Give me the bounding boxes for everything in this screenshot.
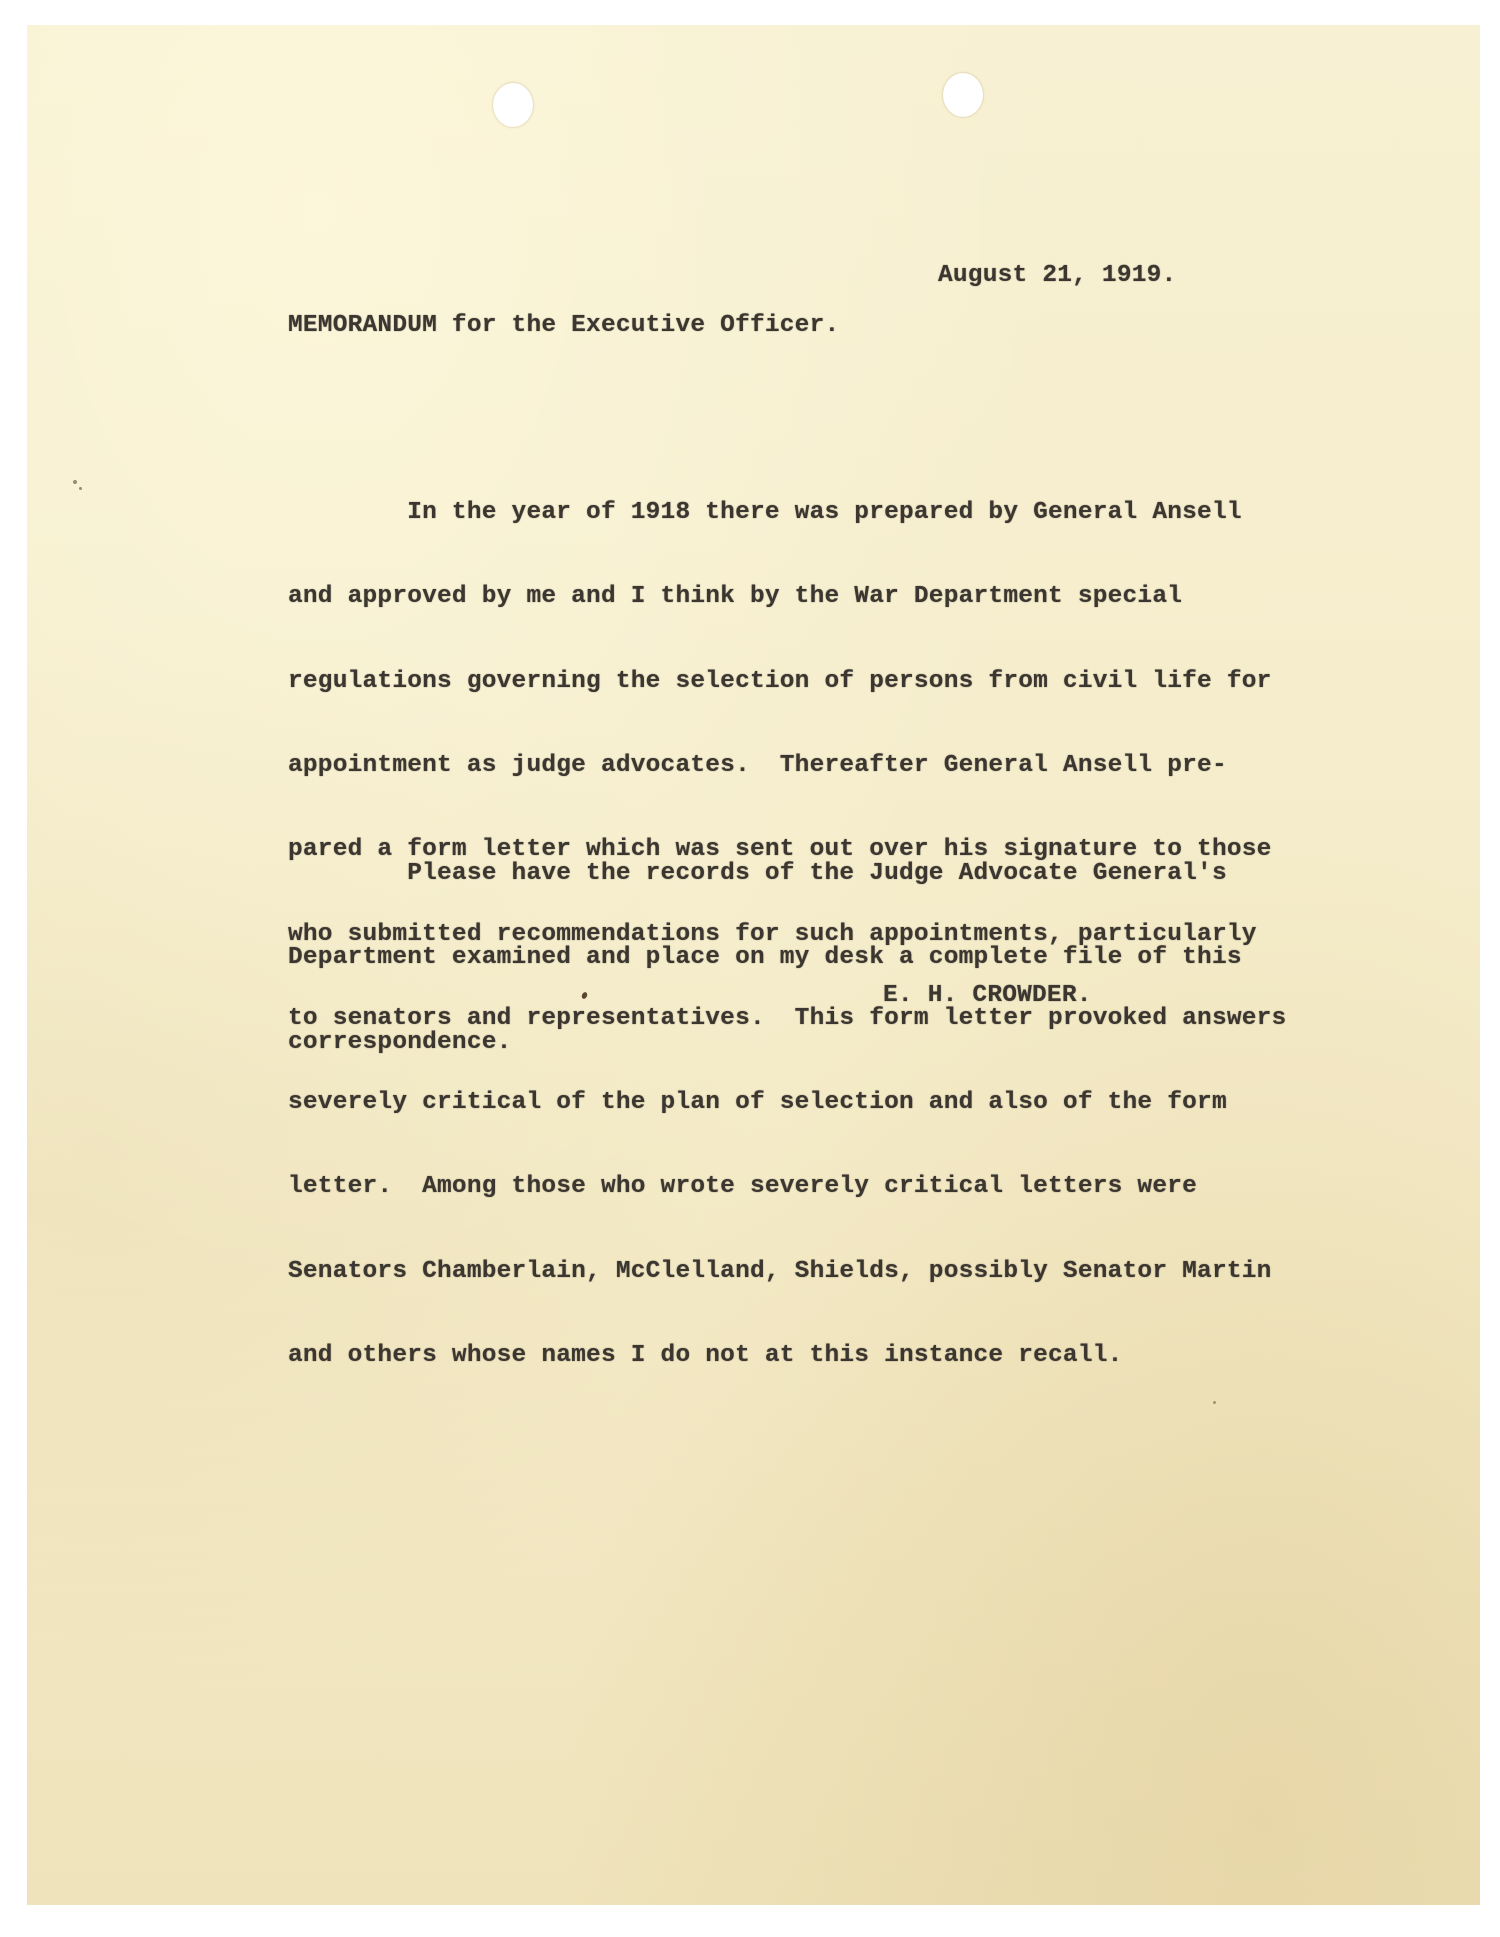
memo-date: August 21, 1919. [938, 262, 1176, 289]
paragraph-line: and approved by me and I think by the Wa… [288, 583, 1286, 611]
memo-signature: E. H. CROWDER. [883, 982, 1092, 1009]
paragraph-line: In the year of 1918 there was prepared b… [288, 499, 1286, 527]
paragraph-line: regulations governing the selection of p… [288, 668, 1286, 696]
memo-paragraph-2: Please have the records of the Judge Adv… [288, 804, 1242, 1113]
paragraph-line: Department examined and place on my desk… [288, 944, 1242, 972]
paragraph-line: letter. Among those who wrote severely c… [288, 1173, 1286, 1201]
paragraph-line: appointment as judge advocates. Thereaft… [288, 752, 1286, 780]
punch-hole-right [943, 73, 983, 117]
memo-page: August 21, 1919. MEMORANDUM for the Exec… [27, 25, 1480, 1905]
memo-heading: MEMORANDUM for the Executive Officer. [288, 312, 839, 339]
ink-speck [73, 480, 77, 484]
paragraph-line: Senators Chamberlain, McClelland, Shield… [288, 1258, 1286, 1286]
paragraph-line: and others whose names I do not at this … [288, 1342, 1286, 1370]
ink-speck [79, 487, 82, 490]
punch-hole-left [493, 83, 533, 127]
paragraph-line: correspondence. [288, 1029, 1242, 1057]
paragraph-line: Please have the records of the Judge Adv… [288, 860, 1242, 888]
